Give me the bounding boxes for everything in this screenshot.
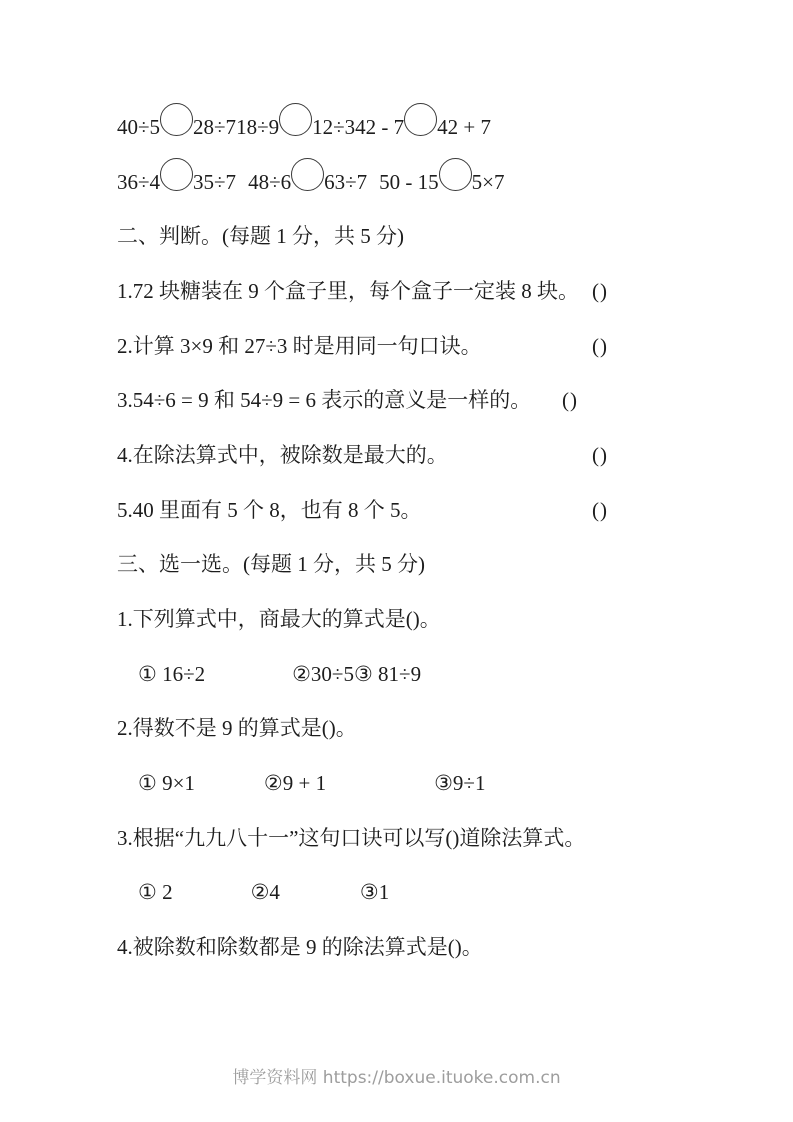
judge-statement: 5.40 里面有 5 个 8，也有 8 个 5。 <box>117 500 422 521</box>
section-judge-title: 二、判断。(每题 1 分，共 5 分) <box>117 209 793 264</box>
compare-right-expression: 5×7 <box>472 172 505 193</box>
judge-item-4: 4.在除法算式中，被除数是最大的。 () <box>117 428 608 483</box>
choice-option: ③9÷1 <box>434 773 485 794</box>
compare-right-expression: 28÷7 <box>193 117 236 138</box>
choice-option: ③ 81÷9 <box>354 664 421 685</box>
compare-pair: 50 - 155×7 <box>379 166 504 199</box>
section-title-text: 二、判断。(每题 1 分，共 5 分) <box>117 226 404 247</box>
compare-row-1: 40÷528÷7 18÷912÷3 42 - 742 + 7 <box>117 100 793 155</box>
comparison-circle <box>404 103 437 136</box>
compare-pair: 18÷912÷3 <box>236 111 355 144</box>
comparison-circle <box>439 158 472 191</box>
compare-right-expression: 35÷7 <box>193 172 236 193</box>
choice-option: ① 2 <box>138 882 173 903</box>
compare-left-expression: 40÷5 <box>117 117 160 138</box>
judge-item-2: 2.计算 3×9 和 27÷3 时是用同一句口诀。 () <box>117 319 608 374</box>
compare-left-expression: 36÷4 <box>117 172 160 193</box>
judge-item-5: 5.40 里面有 5 个 8，也有 8 个 5。 () <box>117 483 608 538</box>
compare-left-expression: 18÷9 <box>236 117 279 138</box>
comparison-circle <box>291 158 324 191</box>
compare-left-expression: 42 - 7 <box>355 117 404 138</box>
choice-option: ②30÷5 <box>292 664 354 685</box>
judge-item-3: 3.54÷6 = 9 和 54÷9 = 6 表示的意义是一样的。 () <box>117 373 578 428</box>
section-title-text: 三、选一选。(每题 1 分，共 5 分) <box>117 554 425 575</box>
answer-parentheses: () <box>592 281 608 302</box>
choice-question-4: 4.被除数和除数都是 9 的除法算式是()。 <box>117 920 793 975</box>
judge-statement: 4.在除法算式中，被除数是最大的。 <box>117 445 448 466</box>
choice-question-text: 2.得数不是 9 的算式是()。 <box>117 718 357 739</box>
choice-option: ① 16÷2 <box>138 664 205 685</box>
choice-options-2: ① 9×1 ②9 + 1 ③9÷1 <box>117 756 793 811</box>
choice-options-1: ① 16÷2 ②30÷5 ③ 81÷9 <box>117 647 793 702</box>
compare-right-expression: 63÷7 <box>324 172 367 193</box>
answer-parentheses: () <box>592 500 608 521</box>
judge-statement: 1.72 块糖装在 9 个盒子里，每个盒子一定装 8 块。 <box>117 281 579 302</box>
worksheet-content: 40÷528÷7 18÷912÷3 42 - 742 + 7 36÷435÷7 … <box>0 0 793 975</box>
compare-row-2: 36÷435÷7 48÷663÷7 50 - 155×7 <box>117 155 793 210</box>
answer-parentheses: () <box>592 336 608 357</box>
compare-left-expression: 48÷6 <box>248 172 291 193</box>
choice-question-text: 1.下列算式中，商最大的算式是()。 <box>117 609 441 630</box>
judge-statement: 3.54÷6 = 9 和 54÷9 = 6 表示的意义是一样的。 <box>117 390 531 411</box>
compare-left-expression: 50 - 15 <box>379 172 439 193</box>
answer-parentheses: () <box>562 390 578 411</box>
judge-item-1: 1.72 块糖装在 9 个盒子里，每个盒子一定装 8 块。 () <box>117 264 608 319</box>
choice-option: ① 9×1 <box>138 773 195 794</box>
compare-right-expression: 12÷3 <box>312 117 355 138</box>
choice-option: ②4 <box>251 882 280 903</box>
choice-question-1: 1.下列算式中，商最大的算式是()。 <box>117 592 793 647</box>
comparison-circle <box>160 158 193 191</box>
choice-question-2: 2.得数不是 9 的算式是()。 <box>117 702 793 757</box>
watermark-footer: 博学资料网 https://boxue.ituoke.com.cn <box>0 1064 793 1092</box>
compare-pair: 36÷435÷7 <box>117 166 236 199</box>
choice-options-3: ① 2 ②4 ③1 <box>117 866 793 921</box>
compare-pair: 40÷528÷7 <box>117 111 236 144</box>
choice-question-text: 4.被除数和除数都是 9 的除法算式是()。 <box>117 937 483 958</box>
judge-statement: 2.计算 3×9 和 27÷3 时是用同一句口诀。 <box>117 336 482 357</box>
watermark-text: 博学资料网 https://boxue.ituoke.com.cn <box>232 1068 560 1088</box>
compare-pair: 48÷663÷7 <box>248 166 367 199</box>
answer-parentheses: () <box>592 445 608 466</box>
compare-pair: 42 - 742 + 7 <box>355 111 491 144</box>
choice-question-3: 3.根据“九九八十一”这句口诀可以写()道除法算式。 <box>117 811 793 866</box>
comparison-circle <box>160 103 193 136</box>
choice-option: ③1 <box>360 882 389 903</box>
choice-option: ②9 + 1 <box>264 773 326 794</box>
choice-question-text: 3.根据“九九八十一”这句口诀可以写()道除法算式。 <box>117 828 585 849</box>
worksheet-page: 40÷528÷7 18÷912÷3 42 - 742 + 7 36÷435÷7 … <box>0 0 793 1122</box>
section-choice-title: 三、选一选。(每题 1 分，共 5 分) <box>117 538 793 593</box>
compare-right-expression: 42 + 7 <box>437 117 491 138</box>
comparison-circle <box>279 103 312 136</box>
